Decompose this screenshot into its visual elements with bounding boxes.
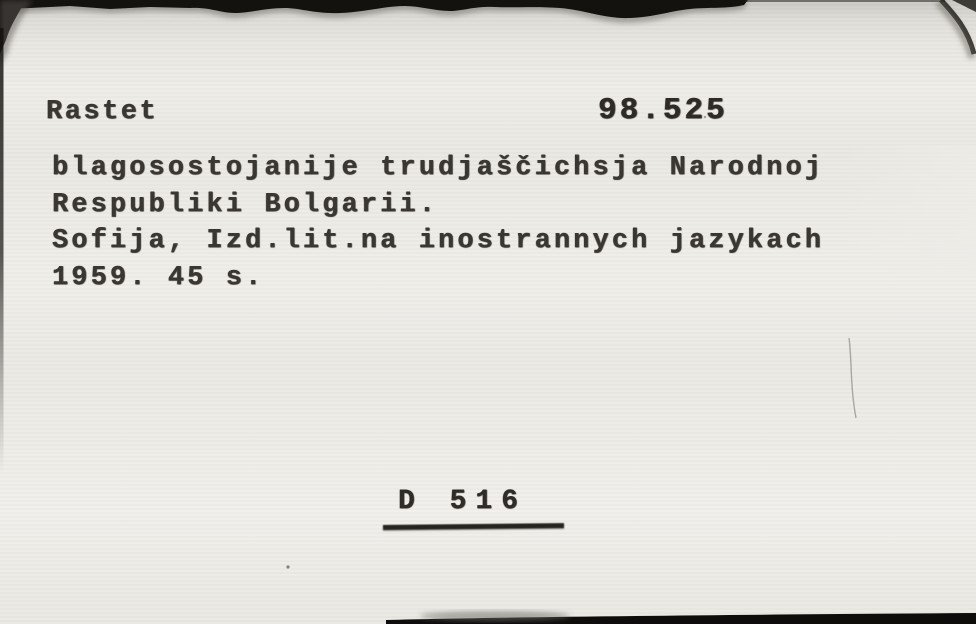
title-line: blagosostojanije trudjaščichsja Narodnoj — [52, 150, 824, 187]
scratch-mark — [849, 338, 856, 418]
left-edge-strip — [0, 28, 4, 473]
bottom-edge-line — [386, 613, 976, 624]
title-imprint-block: blagosostojanije trudjaščichsja Narodnoj… — [52, 150, 824, 296]
author-heading: Rastet — [46, 97, 158, 127]
top-right-corner-fill — [952, 0, 976, 12]
catalog-card: Rastet 98.525 blagosostojanije trudjašči… — [0, 0, 976, 624]
paper-speck — [286, 565, 289, 568]
scan-edge-artifacts — [0, 0, 976, 624]
shelf-mark-underline — [383, 523, 564, 530]
call-number: 98.525 — [598, 93, 728, 128]
top-right-corner-smudge — [938, 2, 972, 58]
imprint-line: Sofija, Izd.lit.na inostrannych jazykach — [52, 223, 824, 260]
top-edge-shadow — [0, 0, 748, 23]
top-edge-thin-line — [745, 0, 945, 2]
top-left-corner-smudge — [0, 0, 32, 66]
top-edge-tear — [0, 0, 748, 18]
top-right-corner-tear — [941, 0, 974, 54]
right-edge-fade — [841, 145, 976, 275]
year-pagination-line: 1959. 45 s. — [52, 260, 824, 297]
title-line-continued: Respubliki Bolgarii. — [52, 187, 824, 224]
top-left-corner-tear — [0, 0, 26, 54]
shelf-mark: D 516 — [398, 486, 527, 517]
bottom-edge-smudge — [420, 611, 570, 621]
